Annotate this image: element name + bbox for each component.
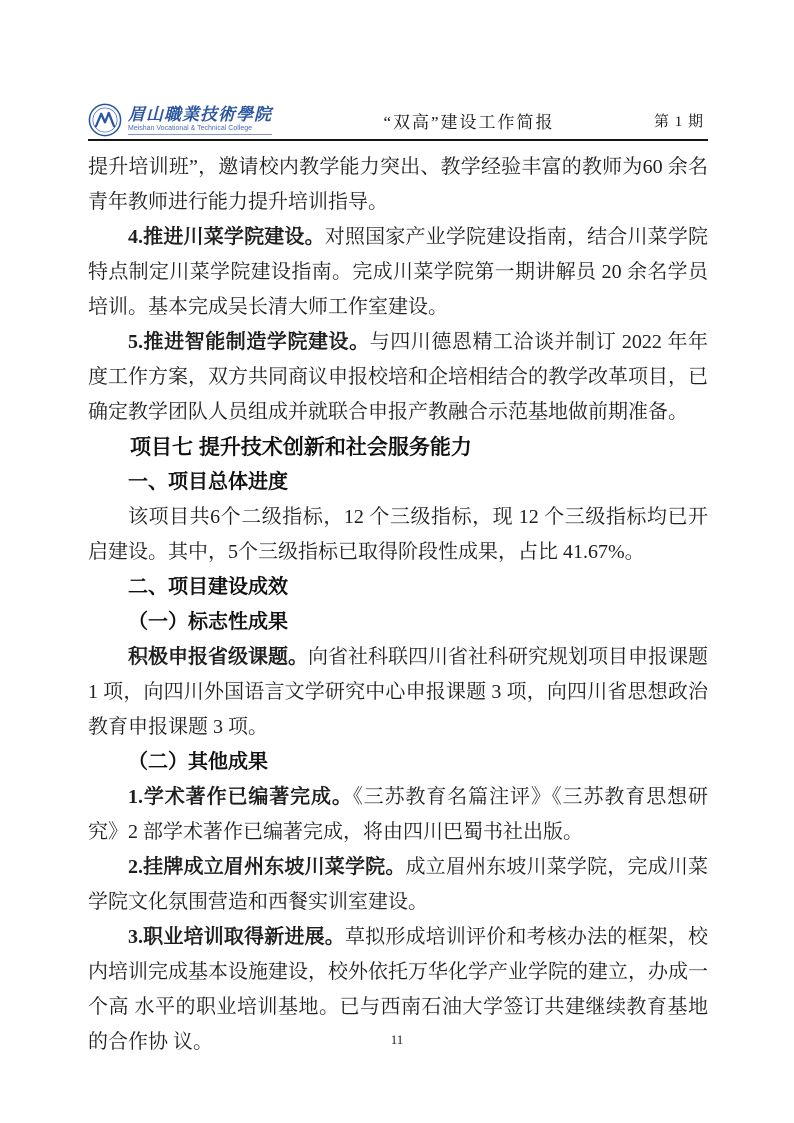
college-name-block: 眉山職業技術學院 Meishan Vocational & Technical …: [128, 105, 272, 135]
paragraph-item4: 4.推进川菜学院建设。对照国家产业学院建设指南，结合川菜学院特点制定川菜学院建设…: [88, 220, 708, 325]
paragraph-section1: 该项目共6个二级指标，12 个三级指标，现 12 个三级指标均已开启建设。其中，…: [88, 500, 708, 570]
college-logo: 眉山職業技術學院 Meishan Vocational & Technical …: [88, 103, 284, 137]
college-name-en: Meishan Vocational & Technical College: [128, 124, 272, 135]
paragraph-item5: 5.推进智能制造学院建设。与四川德恩精工洽谈并制订 2022 年年度工作方案，双…: [88, 325, 708, 430]
other3-lead: 3.职业培训取得新进展。: [128, 926, 345, 948]
sub1-heading: （一）标志性成果: [88, 605, 708, 640]
section1-heading: 一、项目总体进度: [88, 465, 708, 500]
paragraph-other1: 1.学术著作已编著完成。《三苏教育名篇注评》《三苏教育思想研究》2 部学术著作已…: [88, 780, 708, 850]
page-number: 11: [0, 1032, 794, 1048]
bulletin-title: “双高”建设工作简报: [284, 108, 654, 133]
document-page: 眉山職業技術學院 Meishan Vocational & Technical …: [0, 0, 794, 1123]
section2-heading: 二、项目建设成效: [88, 570, 708, 605]
page-header: 眉山職業技術學院 Meishan Vocational & Technical …: [88, 101, 708, 141]
college-name-zh: 眉山職業技術學院: [128, 105, 272, 124]
paragraph-sub1: 积极申报省级课题。向省社科联四川省社科研究规划项目申报课题 1 项，向四川外国语…: [88, 640, 708, 745]
document-body: 提升培训班”，邀请校内教学能力突出、教学经验丰富的教师为60 余名青年教师进行能…: [88, 150, 708, 1060]
sub2-heading: （二）其他成果: [88, 745, 708, 780]
other1-lead: 1.学术著作已编著完成。: [128, 786, 353, 808]
item5-lead: 5.推进智能制造学院建设。: [128, 331, 370, 353]
issue-number: 第 1 期: [654, 110, 708, 131]
item4-lead: 4.推进川菜学院建设。: [128, 226, 325, 248]
paragraph-continuation: 提升培训班”，邀请校内教学能力突出、教学经验丰富的教师为60 余名青年教师进行能…: [88, 150, 708, 220]
paragraph-other2: 2.挂牌成立眉州东坡川菜学院。成立眉州东坡川菜学院，完成川菜学院文化氛围营造和西…: [88, 850, 708, 920]
other2-lead: 2.挂牌成立眉州东坡川菜学院。: [128, 856, 406, 878]
project-heading: 项目七 提升技术创新和社会服务能力: [88, 430, 708, 465]
sub1-lead: 积极申报省级课题。: [128, 646, 308, 668]
college-emblem-icon: [88, 103, 122, 137]
